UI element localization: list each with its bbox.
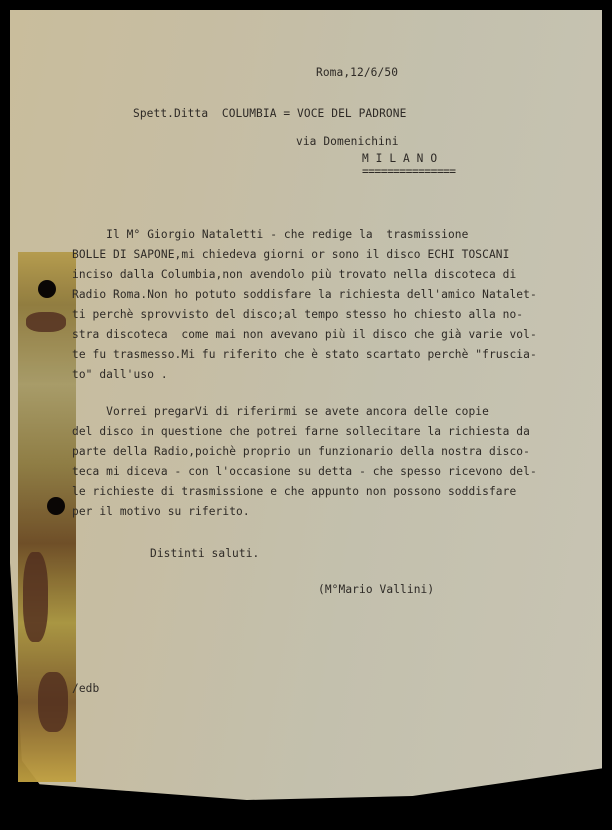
punch-hole-top [38,280,56,298]
tape-stain [23,552,48,642]
text-line: stra discoteca come mai non avevano più … [72,328,537,341]
text-line: Radio Roma.Non ho potuto soddisfare la r… [72,288,537,301]
letter-signature: (M°Mario Vallini) [318,583,434,596]
text-line: per il motivo su riferito. [72,505,250,518]
adhesive-tape-strip [18,252,76,782]
text-line: Vorrei pregarVi di riferirmi se avete an… [72,405,489,418]
punch-hole-bottom [47,497,65,515]
text-line: BOLLE DI SAPONE,mi chiedeva giorni or so… [72,248,509,261]
letter-closing: Distinti saluti. [150,547,259,560]
tape-stain [38,672,68,732]
text-line: te fu trasmesso.Mi fu riferito che è sta… [72,348,537,361]
text-line: inciso dalla Columbia,non avendolo più t… [72,268,516,281]
text-line: to" dall'uso . [72,368,168,381]
text-line: teca mi diceva - con l'occasione su dett… [72,465,537,478]
text-line: del disco in questione che potrei farne … [72,425,530,438]
letter-city: M I L A N O [362,152,437,165]
typist-initials: /edb [72,682,99,695]
letter-recipient: Spett.Ditta COLUMBIA = VOCE DEL PADRONE [133,107,406,120]
tape-stain [26,312,66,332]
letter-date: Roma,12/6/50 [316,66,398,79]
text-line: ti perchè sprovvisto del disco;al tempo … [72,308,523,321]
letter-city-underline: =============== [362,165,456,178]
text-line: Il M° Giorgio Nataletti - che redige la … [72,228,468,241]
text-line: parte della Radio,poichè proprio un funz… [72,445,530,458]
letter-address: via Domenichini [296,135,399,148]
text-line: le richieste di trasmissione e che appun… [72,485,516,498]
